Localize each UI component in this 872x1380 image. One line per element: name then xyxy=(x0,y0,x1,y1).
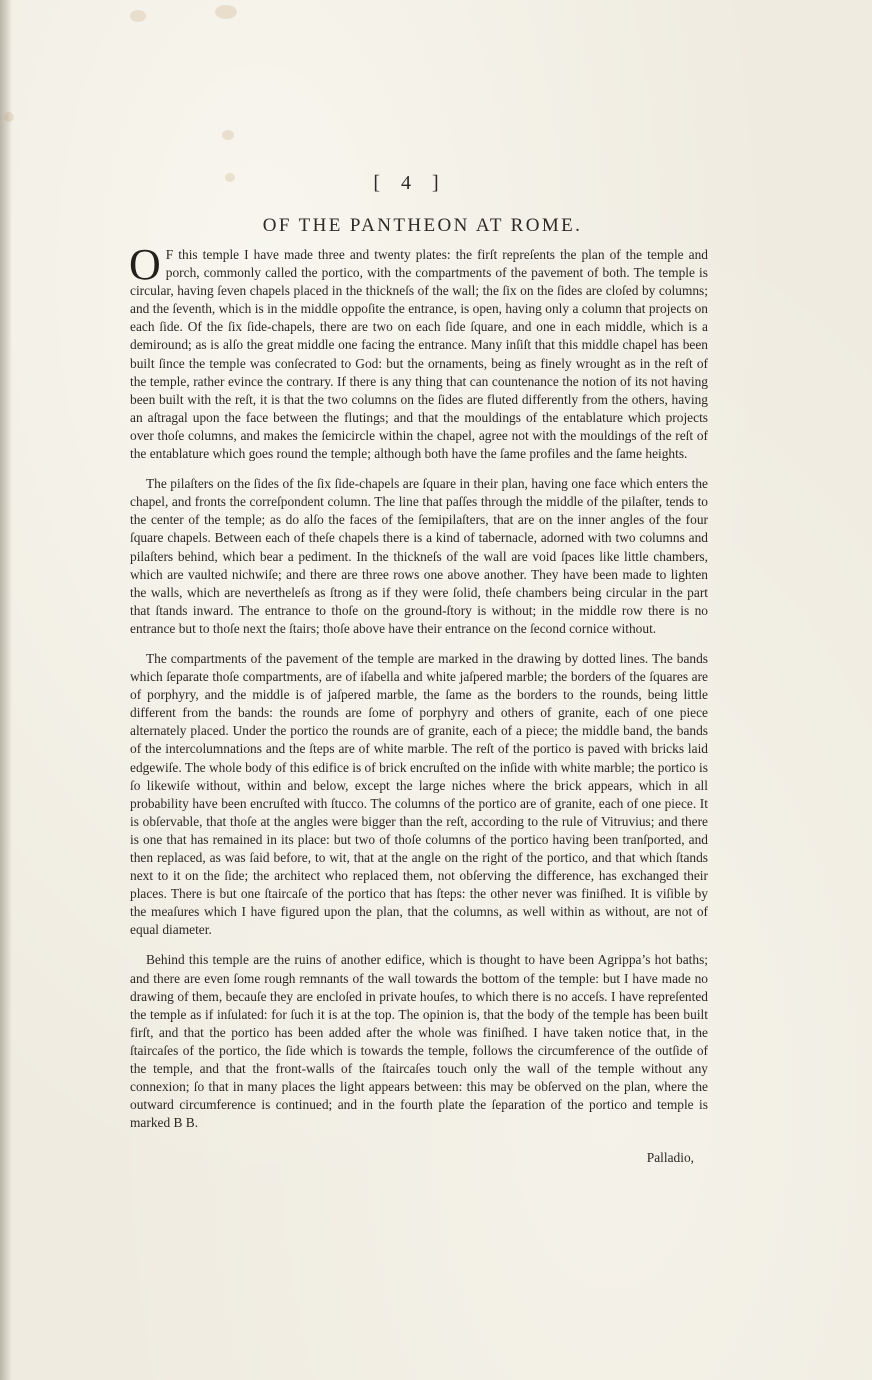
gutter-shadow xyxy=(0,0,12,1380)
paragraph-2: The pilaſters on the ſides of the ſix ſi… xyxy=(130,475,708,638)
foxing-spot xyxy=(4,112,14,122)
body-text: OF this temple I have made three and twe… xyxy=(130,246,708,1144)
catchword: Palladio, xyxy=(647,1150,694,1166)
foxing-spot xyxy=(215,5,237,19)
paragraph-1: OF this temple I have made three and twe… xyxy=(130,246,708,463)
foxing-spot xyxy=(130,10,146,22)
paragraph-1-text: F this temple I have made three and twen… xyxy=(130,247,708,461)
drop-cap: O xyxy=(129,248,161,282)
paragraph-3: The compartments of the pavement of the … xyxy=(130,650,708,940)
paragraph-4: Behind this temple are the ruins of anot… xyxy=(130,951,708,1132)
chapter-title: OF THE PANTHEON AT ROME. xyxy=(130,215,715,237)
page-number: [ 4 ] xyxy=(0,172,820,195)
foxing-spot xyxy=(222,130,234,140)
book-page: [ 4 ] OF THE PANTHEON AT ROME. OF this t… xyxy=(0,0,872,1380)
